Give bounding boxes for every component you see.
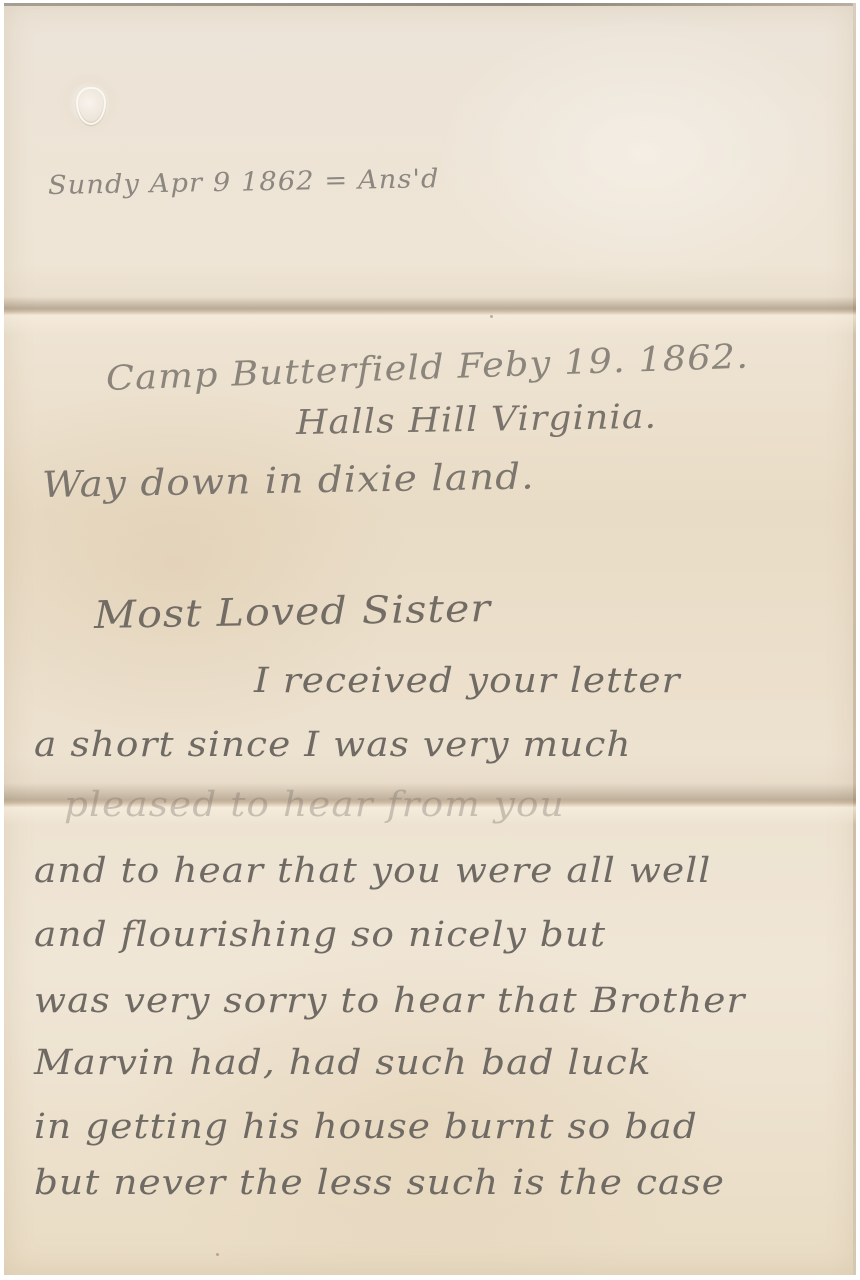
letter-page: Sundy Apr 9 1862 = Ans'd Camp Butterfiel… [4, 3, 856, 1275]
heading-tagline: Way down in dixie land. [42, 456, 535, 506]
letter-scan: Sundy Apr 9 1862 = Ans'd Camp Butterfiel… [0, 0, 860, 1280]
body-line: but never the less such is the case [34, 1163, 725, 1203]
body-line-in-fold: pleased to hear from you [64, 785, 565, 825]
body-line: Marvin had, had such bad luck [34, 1043, 652, 1083]
heart-emboss-icon [76, 87, 106, 125]
paper-right-edge [853, 3, 856, 1275]
body-line: I received your letter [254, 661, 681, 701]
heading-place-date: Camp Butterfield Feby 19. 1862. [105, 337, 749, 399]
salutation: Most Loved Sister [94, 586, 492, 637]
body-line: in getting his house burnt so bad [34, 1107, 698, 1147]
paper-top-edge [4, 3, 856, 6]
heading-location: Halls Hill Virginia. [296, 397, 658, 443]
body-line: a short since I was very much [34, 725, 632, 765]
body-line: and to hear that you were all well [34, 851, 711, 891]
paper-speck [216, 1253, 219, 1256]
fold-crease-upper [4, 265, 856, 335]
docket-note: Sundy Apr 9 1862 = Ans'd [48, 164, 440, 201]
body-line: was very sorry to hear that Brother [34, 981, 745, 1021]
body-line: and flourishing so nicely but [34, 915, 606, 955]
embossed-crest-icon [56, 73, 122, 139]
paper-speck [490, 315, 493, 318]
